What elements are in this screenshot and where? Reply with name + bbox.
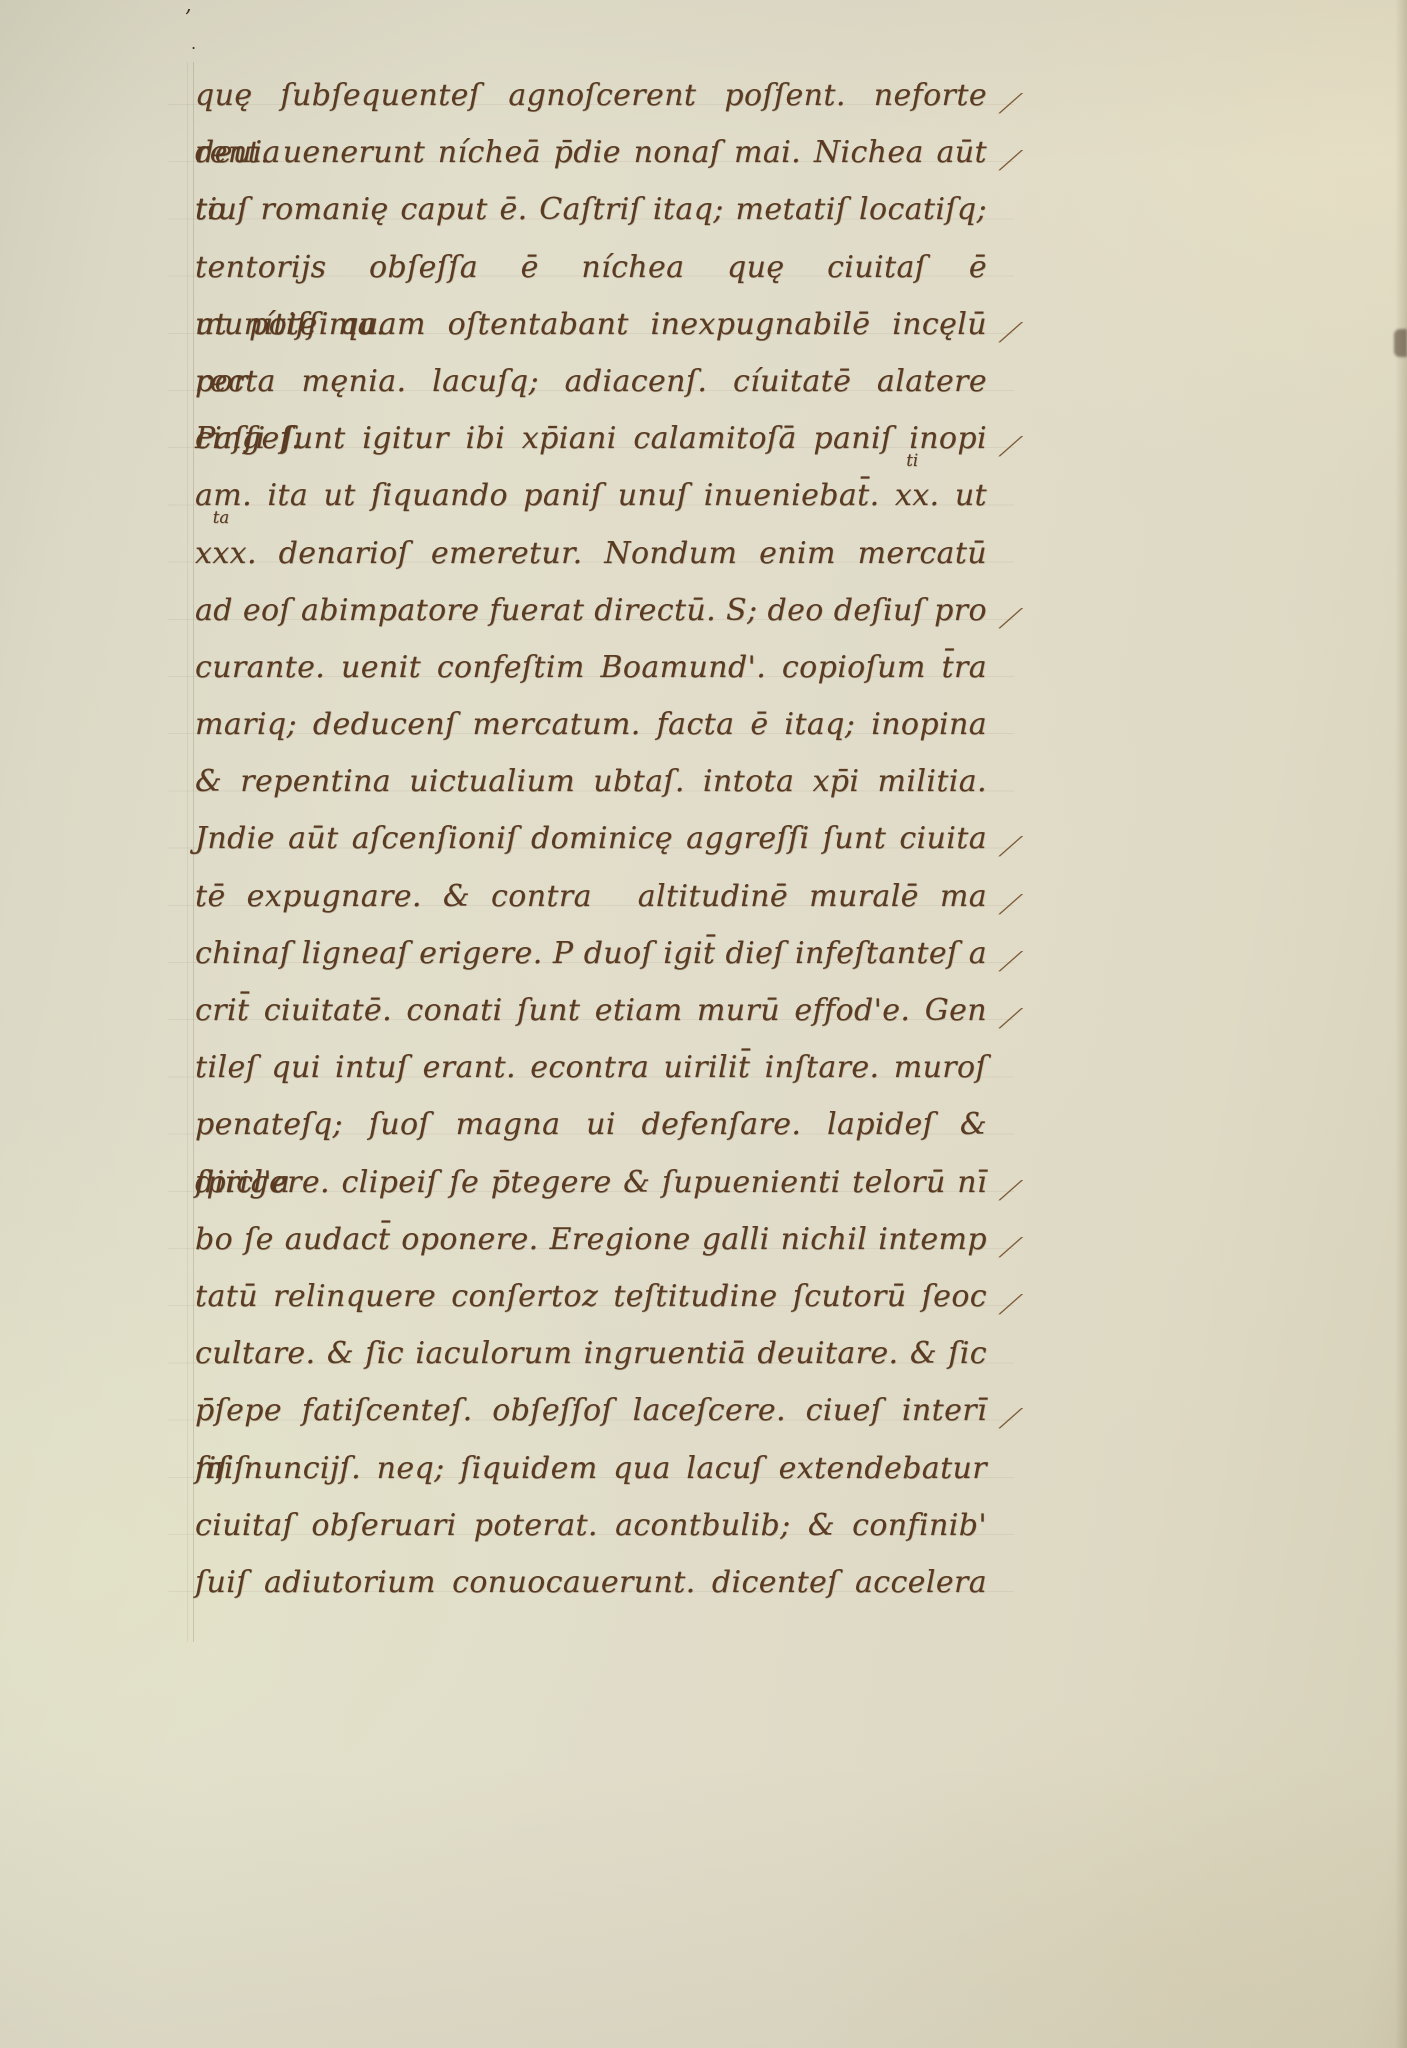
superscript-abbreviation: ti <box>906 453 918 470</box>
text-line: dirigere. clipeiſ ſe p̄tegere & ſupuenie… <box>195 1154 987 1211</box>
hyphen-mark: ⁄ <box>999 419 1023 476</box>
line-text: ad eoſ abimpatore fuerat directū. S; deo… <box>195 593 987 628</box>
text-line: ſiſ nuncijſ. neq; ſiquidem qua lacuſ ext… <box>195 1440 987 1497</box>
hyphen-mark: ⁄ <box>999 76 1023 133</box>
text-line: tē expugnare. & contra altitudinē muralē… <box>195 868 987 925</box>
superscript-abbreviation: ta <box>213 510 229 527</box>
text-line-with-superscript-numeral: am. ita ut ſiquando paniſ unuſ inuenieba… <box>195 467 987 524</box>
manuscript-photo: { "page": { "kind": "medieval-manuscript… <box>0 0 1407 2048</box>
text-line: rent. uenerunt nícheā p̄die nonaſ mai. N… <box>195 124 987 181</box>
text-line: penateſq; ſuoſ magna ui defenſare. lapid… <box>195 1096 987 1153</box>
hyphen-mark: ⁄ <box>999 1220 1023 1277</box>
margin-ruling-line-outer <box>187 62 188 1642</box>
text-line: recta męnia. lacuſq; adiacenſ. cíuitatē … <box>195 353 987 410</box>
text-line: Paſſi ſunt igitur ibi xp̄iani calamitoſā… <box>195 410 987 467</box>
hyphen-mark: ⁄ <box>999 133 1023 190</box>
line-text: curante. uenit confeſtim Boamund'. copio… <box>195 650 987 685</box>
text-line: & repentina uictualium ubtaſ. intota xp̄… <box>195 753 987 810</box>
text-line: bo ſe audact̄ oponere. Eregione galli ni… <box>195 1211 987 1268</box>
roman-numeral: xxx <box>195 536 247 571</box>
text-line: tatū relinquere conſertoz teſtitudine ſc… <box>195 1268 987 1325</box>
hyphen-mark: ⁄ <box>999 1391 1023 1448</box>
line-text: ciuitaſ obſeruari poterat. acontbulib; &… <box>195 1508 987 1543</box>
line-text: . ut <box>930 478 987 513</box>
line-text: ſuiſ adiutorium conuocauerunt. dicenteſ … <box>195 1565 987 1600</box>
line-text: bo ſe audact̄ oponere. Eregione galli ni… <box>195 1222 987 1257</box>
text-line: quę ſubſequenteſ agnoſcerent poſſent. ne… <box>195 67 987 124</box>
page-edge-ink-mark <box>1394 329 1407 357</box>
hyphen-mark: ⁄ <box>999 991 1023 1048</box>
line-text: mariq; deducenſ mercatum. facta ē itaq; … <box>195 707 987 742</box>
manuscript-text-block: quę ſubſequenteſ agnoſcerent poſſent. ne… <box>195 67 987 1611</box>
line-text: dirigere. clipeiſ ſe p̄tegere & ſupuenie… <box>195 1165 987 1200</box>
line-text: cultare. & ſic iaculorum ingruentiā deui… <box>195 1336 987 1371</box>
text-line: tentorijs obſeſſa ē níchea quę ciuitaſ ē… <box>195 239 987 296</box>
text-line: chinaſ ligneaſ erigere. P duoſ igit̄ die… <box>195 925 987 982</box>
text-line: ciuitaſ obſeruari poterat. acontbulib; &… <box>195 1497 987 1554</box>
page-fore-edge <box>1395 0 1407 2048</box>
roman-numeral-with-superscript: xxxta <box>195 525 247 582</box>
line-text: crit̄ ciuitatē. conati ſunt etiam murū e… <box>195 993 987 1028</box>
line-text: & repentina uictualium ubtaſ. intota xp̄… <box>195 764 987 799</box>
hyphen-mark: ⁄ <box>999 1277 1023 1334</box>
text-line: ut pote quam oſtentabant inexpugnabilē i… <box>195 296 987 353</box>
line-text: ſiſ nuncijſ. neq; ſiquidem qua lacuſ ext… <box>195 1451 987 1486</box>
text-line: tileſ qui intuſ erant. econtra uirilit̄ … <box>195 1039 987 1096</box>
roman-numeral-with-superscript: xxti <box>895 467 930 524</box>
hyphen-mark: ⁄ <box>999 591 1023 648</box>
hyphen-mark: ⁄ <box>999 1163 1023 1220</box>
margin-ruling-line <box>193 62 194 1642</box>
hyphen-mark: ⁄ <box>999 877 1023 934</box>
hyphen-mark: ⁄ <box>999 305 1023 362</box>
roman-numeral: xx <box>895 478 930 513</box>
line-text: tē expugnare. & contra altitudinē muralē… <box>195 879 987 914</box>
line-text: Paſſi ſunt igitur ibi xp̄iani calamitoſā… <box>195 421 987 456</box>
text-line: curante. uenit confeſtim Boamund'. copio… <box>195 639 987 696</box>
line-text: . denarioſ emeretur. Nondum enim mercatū <box>247 536 987 571</box>
text-line: tiuſ romanię caput ē. Caſtriſ itaq; meta… <box>195 181 987 238</box>
top-margin-tick-mark: ʼ <box>184 6 191 30</box>
text-line: ſuiſ adiutorium conuocauerunt. dicenteſ … <box>195 1554 987 1611</box>
line-text: Jndie aūt aſcenſioniſ dominicę aggreſſi … <box>195 821 987 856</box>
hyphen-mark: ⁄ <box>999 934 1023 991</box>
text-line: p̄ſepe fatiſcenteſ. obſeſſoſ laceſcere. … <box>195 1382 987 1439</box>
text-line: cultare. & ſic iaculorum ingruentiā deui… <box>195 1325 987 1382</box>
line-text: tatū relinquere conſertoz teſtitudine ſc… <box>195 1279 987 1314</box>
text-line: Jndie aūt aſcenſioniſ dominicę aggreſſi … <box>195 810 987 867</box>
text-line: ad eoſ abimpatore fuerat directū. S; deo… <box>195 582 987 639</box>
line-text: tiuſ romanię caput ē. Caſtriſ itaq; meta… <box>195 192 987 227</box>
line-text: am. ita ut ſiquando paniſ unuſ inuenieba… <box>195 478 895 513</box>
line-text: chinaſ ligneaſ erigere. P duoſ igit̄ die… <box>195 936 987 971</box>
text-line: crit̄ ciuitatē. conati ſunt etiam murū e… <box>195 982 987 1039</box>
top-margin-dot: . <box>191 34 196 53</box>
hyphen-mark: ⁄ <box>999 819 1023 876</box>
line-text: tileſ qui intuſ erant. econtra uirilit̄ … <box>195 1050 987 1085</box>
text-line-with-superscript-numeral: xxxta. denarioſ emeretur. Nondum enim me… <box>195 525 987 582</box>
text-line: mariq; deducenſ mercatum. facta ē itaq; … <box>195 696 987 753</box>
